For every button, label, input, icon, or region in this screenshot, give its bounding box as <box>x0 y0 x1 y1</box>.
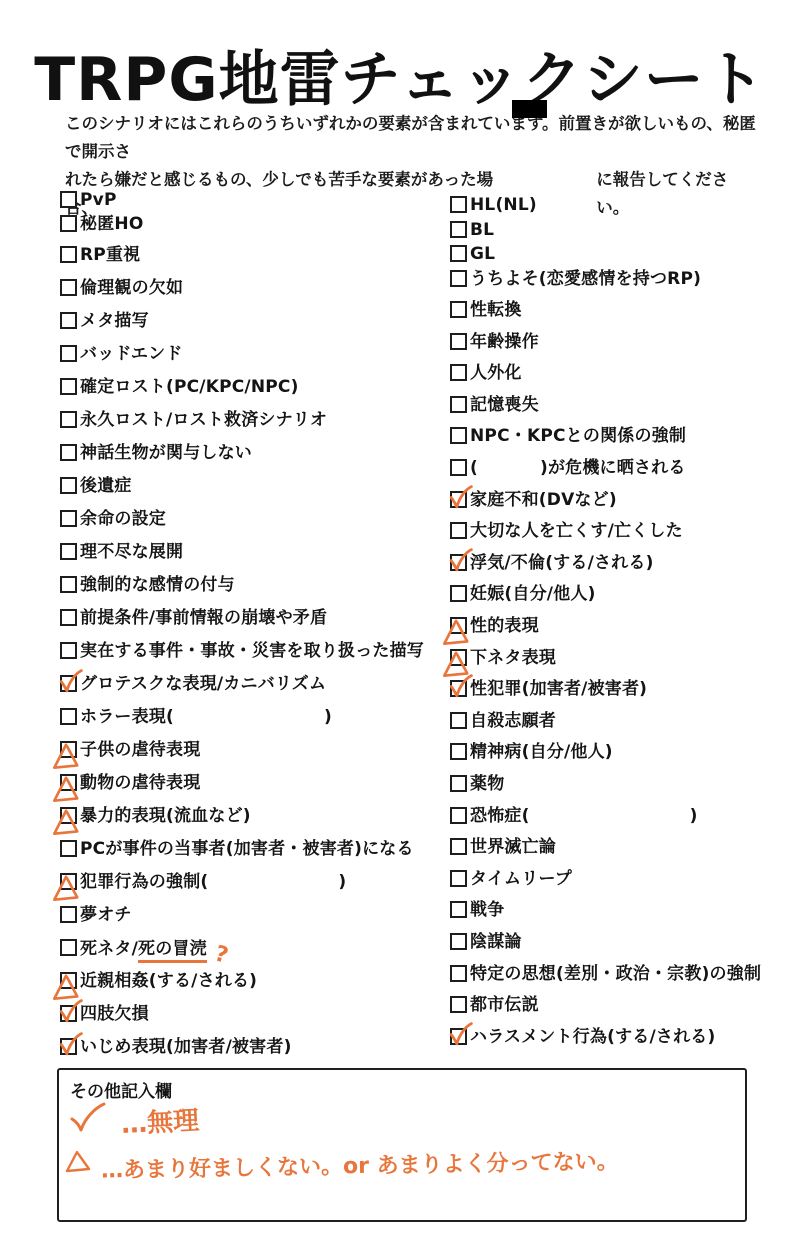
item-label: 年齢操作 <box>470 332 539 352</box>
item-label: RP重視 <box>80 245 140 265</box>
item-label: 神話生物が関与しない <box>80 443 252 463</box>
label-text: 恐怖症( <box>470 806 530 826</box>
label-text: 浮気/不倫(する/される) <box>470 553 654 573</box>
label-text: 夢オチ <box>80 905 132 925</box>
item-label: ホラー表現() <box>80 707 332 727</box>
label-text: 倫理観の欠如 <box>80 278 183 298</box>
label-text: 死ネタ/ <box>80 939 138 959</box>
item-label: 性転換 <box>470 300 522 320</box>
checklist-item: 精神病(自分/他人) <box>450 742 796 762</box>
checkbox[interactable] <box>450 712 467 729</box>
checkbox[interactable] <box>450 270 467 287</box>
item-label: 強制的な感情の付与 <box>80 575 235 595</box>
other-notes-box[interactable]: その他記入欄 …無理 …あまり好ましくない。or あまりよく分ってない。 <box>57 1068 747 1222</box>
checkbox[interactable] <box>450 491 467 508</box>
checkbox[interactable] <box>60 215 77 232</box>
checkbox[interactable] <box>450 901 467 918</box>
checkbox[interactable] <box>450 838 467 855</box>
item-label: 人外化 <box>470 363 522 383</box>
checklist-item: 確定ロスト(PC/KPC/NPC) <box>60 377 446 397</box>
item-label: 恐怖症() <box>470 806 698 826</box>
label-text: 戦争 <box>470 900 504 920</box>
legend-row-check: …無理 <box>69 1102 199 1139</box>
item-label: NPC・KPCとの関係の強制 <box>470 426 686 446</box>
checkbox[interactable] <box>60 191 77 208</box>
item-label: 四肢欠損 <box>80 1004 149 1024</box>
item-label: うちよそ(恋愛感情を持つRP) <box>470 269 701 289</box>
item-label: 秘匿HO <box>80 214 143 234</box>
label-text: バッドエンド <box>80 344 183 364</box>
checklist-column-right: HL(NL)BLGLうちよそ(恋愛感情を持つRP)性転換年齢操作人外化記憶喪失N… <box>450 195 796 1058</box>
label-text: ) <box>324 707 332 727</box>
checkbox[interactable] <box>60 576 77 593</box>
label-text: 薬物 <box>470 774 504 794</box>
checkbox[interactable] <box>60 708 77 725</box>
checkbox[interactable] <box>60 906 77 923</box>
checklist-item: PvP <box>60 190 446 210</box>
checklist-item: 犯罪行為の強制() <box>60 872 446 892</box>
checklist-item: 年齢操作 <box>450 332 796 352</box>
check-mark-icon <box>447 484 474 511</box>
item-label: 下ネタ表現 <box>470 648 556 668</box>
item-label: 犯罪行為の強制() <box>80 872 346 892</box>
label-text: いじめ表現(加害者/被害者) <box>80 1037 292 1057</box>
check-mark-icon <box>447 673 474 700</box>
checklist-item: 前提条件/事前情報の崩壊や矛盾 <box>60 608 446 628</box>
label-text: 理不尽な展開 <box>80 542 183 562</box>
notes-box-title: その他記入欄 <box>70 1077 172 1102</box>
checklist-item: ホラー表現() <box>60 707 446 727</box>
label-text: 都市伝説 <box>470 995 539 1015</box>
label-text: 暴力的表現(流血など) <box>80 806 251 826</box>
item-label: 倫理観の欠如 <box>80 278 183 298</box>
checkbox[interactable] <box>60 1005 77 1022</box>
checklist-column-left: PvP秘匿HORP重視倫理観の欠如メタ描写バッドエンド確定ロスト(PC/KPC/… <box>60 190 446 1070</box>
checkbox[interactable] <box>450 301 467 318</box>
checkbox[interactable] <box>450 870 467 887</box>
checklist-item: 理不尽な展開 <box>60 542 446 562</box>
checkbox[interactable] <box>60 378 77 395</box>
checklist-item: 近親相姦(する/される) <box>60 971 446 991</box>
checkbox[interactable] <box>450 996 467 1013</box>
checklist-item: 神話生物が関与しない <box>60 443 446 463</box>
label-text: 後遺症 <box>80 476 132 496</box>
label-text: PCが事件の当事者(加害者・被害者)になる <box>80 839 414 859</box>
label-text: RP重視 <box>80 245 140 265</box>
item-label: グロテスクな表現/カニバリズム <box>80 674 326 694</box>
item-label: HL(NL) <box>470 195 537 215</box>
item-label: 都市伝説 <box>470 995 539 1015</box>
checklist-item: 夢オチ <box>60 905 446 925</box>
label-text: 死の冒涜 <box>138 939 207 963</box>
checkbox[interactable] <box>450 680 467 697</box>
checklist-item: HL(NL) <box>450 195 796 215</box>
item-label: 自殺志願者 <box>470 711 556 731</box>
item-label: PvP <box>80 190 117 210</box>
checklist-item: 性的表現 <box>450 616 796 636</box>
label-text: HL(NL) <box>470 195 537 215</box>
item-label: 近親相姦(する/される) <box>80 971 257 991</box>
label-text: うちよそ(恋愛感情を持つRP) <box>470 269 701 289</box>
item-label: 性犯罪(加害者/被害者) <box>470 679 647 699</box>
checklist-item: RP重視 <box>60 245 446 265</box>
checkbox[interactable] <box>450 364 467 381</box>
label-text: 前提条件/事前情報の崩壊や矛盾 <box>80 608 327 628</box>
blank-space[interactable] <box>208 886 338 887</box>
check-sheet-page: TRPG地雷チェックシート このシナリオにはこれらのうちいずれかの要素が含まれて… <box>0 0 800 1249</box>
checklist-item: 浮気/不倫(する/される) <box>450 553 796 573</box>
item-label: 妊娠(自分/他人) <box>470 584 596 604</box>
item-label: 後遺症 <box>80 476 132 496</box>
page-title: TRPG地雷チェックシート <box>34 32 766 118</box>
checkbox[interactable] <box>60 807 77 824</box>
item-label: BL <box>470 220 494 240</box>
checklist-item: 動物の虐待表現 <box>60 773 446 793</box>
label-text: 神話生物が関与しない <box>80 443 252 463</box>
checkbox[interactable] <box>60 873 77 890</box>
item-label: 実在する事件・事故・災害を取り扱った描写 <box>80 641 424 661</box>
question-annotation: ? <box>212 944 230 967</box>
checklist-item: BL <box>450 220 796 240</box>
label-text: 陰謀論 <box>470 932 522 952</box>
check-mark-icon <box>447 1021 474 1048</box>
checklist-item: 妊娠(自分/他人) <box>450 584 796 604</box>
label-text: ) <box>338 872 346 892</box>
checklist-item: ハラスメント行為(する/される) <box>450 1027 796 1047</box>
checkbox[interactable] <box>60 279 77 296</box>
checkbox[interactable] <box>60 477 77 494</box>
label-text: ホラー表現( <box>80 707 174 727</box>
checklist-item: 恐怖症() <box>450 806 796 826</box>
checkbox[interactable] <box>60 345 77 362</box>
checklist-item: 倫理観の欠如 <box>60 278 446 298</box>
label-text: PvP <box>80 190 117 210</box>
checklist-item: 大切な人を亡くす/亡くした <box>450 521 796 541</box>
checklist-item: 実在する事件・事故・災害を取り扱った描写 <box>60 641 446 661</box>
checklist-item: ()が危機に晒される <box>450 458 796 478</box>
label-text: 性転換 <box>470 300 522 320</box>
item-label: 子供の虐待表現 <box>80 740 200 760</box>
item-label: 前提条件/事前情報の崩壊や矛盾 <box>80 608 327 628</box>
label-text: 子供の虐待表現 <box>80 740 200 760</box>
blank-space[interactable] <box>478 472 540 473</box>
legend-triangle-text: …あまり好ましくない。or あまりよく分ってない。 <box>101 1144 619 1184</box>
checklist-item: 都市伝説 <box>450 995 796 1015</box>
triangle-mark-icon <box>51 808 80 837</box>
checklist-item: 死ネタ/死の冒涜? <box>60 938 446 958</box>
checklist-item: 薬物 <box>450 774 796 794</box>
label-text: ( <box>470 458 478 478</box>
legend-check-text: …無理 <box>120 1100 200 1141</box>
checklist-item: メタ描写 <box>60 311 446 331</box>
checkbox[interactable] <box>450 585 467 602</box>
item-label: 記憶喪失 <box>470 395 539 415</box>
redacted-text-box <box>512 100 547 118</box>
checklist-item: 家庭不和(DVなど) <box>450 490 796 510</box>
label-text: 確定ロスト(PC/KPC/NPC) <box>80 377 299 397</box>
checklist-item: NPC・KPCとの関係の強制 <box>450 426 796 446</box>
item-label: GL <box>470 244 495 264</box>
checkbox[interactable] <box>60 972 77 989</box>
checkbox[interactable] <box>60 939 77 956</box>
checkbox[interactable] <box>60 246 77 263</box>
checkbox[interactable] <box>450 522 467 539</box>
checkbox[interactable] <box>60 1038 77 1055</box>
item-label: PCが事件の当事者(加害者・被害者)になる <box>80 839 414 859</box>
item-label: メタ描写 <box>80 311 149 331</box>
item-label: 理不尽な展開 <box>80 542 183 562</box>
item-label: 特定の思想(差別・政治・宗教)の強制 <box>470 964 761 984</box>
label-text: 秘匿HO <box>80 214 143 234</box>
checkbox[interactable] <box>450 617 467 634</box>
intro-line-1: このシナリオにはこれらのうちいずれかの要素が含まれています。前置きが欲しいもの、… <box>65 110 757 166</box>
checklist-item: 子供の虐待表現 <box>60 740 446 760</box>
check-mark-icon <box>57 668 84 695</box>
item-label: 大切な人を亡くす/亡くした <box>470 521 683 541</box>
checklist-item: 秘匿HO <box>60 214 446 234</box>
item-label: 性的表現 <box>470 616 539 636</box>
item-label: 世界滅亡論 <box>470 837 556 857</box>
checklist-item: GL <box>450 244 796 264</box>
checkbox[interactable] <box>450 554 467 571</box>
item-label: 浮気/不倫(する/される) <box>470 553 654 573</box>
checkbox[interactable] <box>450 221 467 238</box>
checkbox[interactable] <box>60 543 77 560</box>
checklist-item: PCが事件の当事者(加害者・被害者)になる <box>60 839 446 859</box>
checkbox[interactable] <box>450 1028 467 1045</box>
check-mark-icon <box>447 547 474 574</box>
label-text: 精神病(自分/他人) <box>470 742 613 762</box>
label-text: 下ネタ表現 <box>470 648 556 668</box>
label-text: 大切な人を亡くす/亡くした <box>470 521 683 541</box>
checkbox[interactable] <box>450 333 467 350</box>
check-mark-icon <box>57 998 84 1025</box>
label-text: 人外化 <box>470 363 522 383</box>
checklist-item: 特定の思想(差別・政治・宗教)の強制 <box>450 964 796 984</box>
label-text: GL <box>470 244 495 264</box>
checkbox[interactable] <box>450 933 467 950</box>
label-text: 家庭不和(DVなど) <box>470 490 617 510</box>
label-text: NPC・KPCとの関係の強制 <box>470 426 686 446</box>
triangle-mark-icon <box>51 742 80 771</box>
checklist-item: 性転換 <box>450 300 796 320</box>
checkbox[interactable] <box>60 642 77 659</box>
checklist-item: 強制的な感情の付与 <box>60 575 446 595</box>
item-label: 死ネタ/死の冒涜? <box>80 938 230 963</box>
checkbox[interactable] <box>60 444 77 461</box>
checkbox[interactable] <box>450 196 467 213</box>
checklist-item: 下ネタ表現 <box>450 648 796 668</box>
checkbox[interactable] <box>450 245 467 262</box>
checkbox[interactable] <box>60 312 77 329</box>
item-label: タイムリープ <box>470 869 572 889</box>
checklist-item: 陰謀論 <box>450 932 796 952</box>
label-text: 性的表現 <box>470 616 539 636</box>
checkbox[interactable] <box>450 427 467 444</box>
checkbox[interactable] <box>60 741 77 758</box>
checklist-item: 四肢欠損 <box>60 1004 446 1024</box>
triangle-mark-icon <box>441 618 470 647</box>
item-label: 永久ロスト/ロスト救済シナリオ <box>80 410 327 430</box>
blank-space[interactable] <box>174 721 324 722</box>
label-text: 四肢欠損 <box>80 1004 149 1024</box>
checklist-item: 永久ロスト/ロスト救済シナリオ <box>60 410 446 430</box>
label-text: 近親相姦(する/される) <box>80 971 257 991</box>
checklist-item: 世界滅亡論 <box>450 837 796 857</box>
label-text: BL <box>470 220 494 240</box>
label-text: ) <box>690 806 698 826</box>
item-label: 家庭不和(DVなど) <box>470 490 617 510</box>
checklist-item: 性犯罪(加害者/被害者) <box>450 679 796 699</box>
checkbox[interactable] <box>450 965 467 982</box>
checklist-item: うちよそ(恋愛感情を持つRP) <box>450 269 796 289</box>
item-label: 戦争 <box>470 900 504 920</box>
checklist-item: タイムリープ <box>450 869 796 889</box>
item-label: ハラスメント行為(する/される) <box>470 1027 715 1047</box>
checkbox[interactable] <box>60 609 77 626</box>
checkbox[interactable] <box>60 510 77 527</box>
check-mark-icon <box>57 1031 84 1058</box>
checklist-item: 暴力的表現(流血など) <box>60 806 446 826</box>
label-text: 世界滅亡論 <box>470 837 556 857</box>
item-label: 陰謀論 <box>470 932 522 952</box>
checklist-item: 後遺症 <box>60 476 446 496</box>
item-label: バッドエンド <box>80 344 183 364</box>
label-text: タイムリープ <box>470 869 572 889</box>
item-label: 余命の設定 <box>80 509 166 529</box>
label-text: グロテスクな表現/カニバリズム <box>80 674 326 694</box>
checklist-item: 戦争 <box>450 900 796 920</box>
label-text: )が危機に晒される <box>540 458 686 478</box>
label-text: 妊娠(自分/他人) <box>470 584 596 604</box>
checkbox[interactable] <box>450 807 467 824</box>
label-text: 永久ロスト/ロスト救済シナリオ <box>80 410 327 430</box>
label-text: 実在する事件・事故・災害を取り扱った描写 <box>80 641 424 661</box>
label-text: 強制的な感情の付与 <box>80 575 235 595</box>
checkbox[interactable] <box>60 840 77 857</box>
label-text: メタ描写 <box>80 311 149 331</box>
item-label: 動物の虐待表現 <box>80 773 200 793</box>
checkbox[interactable] <box>450 775 467 792</box>
label-text: 自殺志願者 <box>470 711 556 731</box>
item-label: 確定ロスト(PC/KPC/NPC) <box>80 377 299 397</box>
triangle-mark-icon <box>51 874 80 903</box>
checklist-item: 人外化 <box>450 363 796 383</box>
label-text: 犯罪行為の強制( <box>80 872 208 892</box>
item-label: ()が危機に晒される <box>470 458 686 478</box>
checklist-item: 自殺志願者 <box>450 711 796 731</box>
label-text: ハラスメント行為(する/される) <box>470 1027 715 1047</box>
checkbox[interactable] <box>60 675 77 692</box>
checklist-item: 記憶喪失 <box>450 395 796 415</box>
item-label: 暴力的表現(流血など) <box>80 806 251 826</box>
checklist-item: 余命の設定 <box>60 509 446 529</box>
label-text: 余命の設定 <box>80 509 166 529</box>
checklist-item: グロテスクな表現/カニバリズム <box>60 674 446 694</box>
item-label: 夢オチ <box>80 905 132 925</box>
checklist-item: バッドエンド <box>60 344 446 364</box>
checkbox[interactable] <box>450 649 467 666</box>
label-text: 特定の思想(差別・政治・宗教)の強制 <box>470 964 761 984</box>
triangle-symbol-icon <box>65 1150 91 1174</box>
checkbox[interactable] <box>60 774 77 791</box>
checklist-item: いじめ表現(加害者/被害者) <box>60 1037 446 1057</box>
label-text: 性犯罪(加害者/被害者) <box>470 679 647 699</box>
label-text: 記憶喪失 <box>470 395 539 415</box>
blank-space[interactable] <box>530 820 690 821</box>
legend-row-triangle: …あまり好ましくない。or あまりよく分ってない。 <box>65 1146 619 1180</box>
check-symbol-icon <box>69 1102 107 1134</box>
label-text: 年齢操作 <box>470 332 539 352</box>
item-label: 薬物 <box>470 774 504 794</box>
checkbox[interactable] <box>450 743 467 760</box>
checkbox[interactable] <box>450 459 467 476</box>
checkbox[interactable] <box>450 396 467 413</box>
label-text: 動物の虐待表現 <box>80 773 200 793</box>
checkbox[interactable] <box>60 411 77 428</box>
item-label: いじめ表現(加害者/被害者) <box>80 1037 292 1057</box>
triangle-mark-icon <box>51 775 80 804</box>
item-label: 精神病(自分/他人) <box>470 742 613 762</box>
